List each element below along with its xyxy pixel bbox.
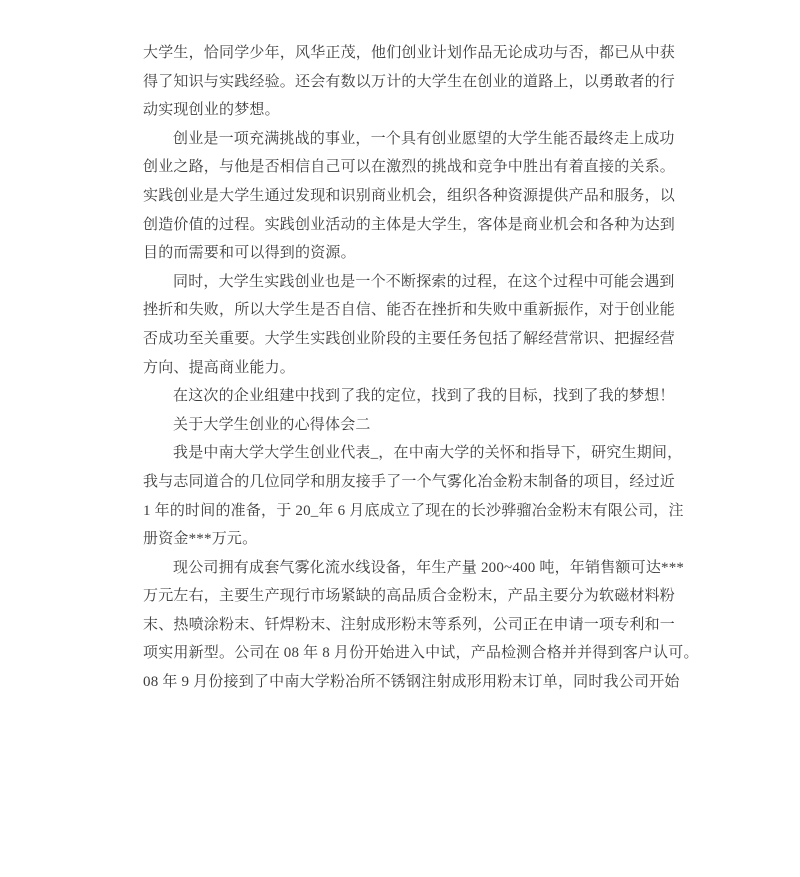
text-line: 1 年的时间的准备，于 20_年 6 月底成立了现在的长沙骅骝冶金粉末有限公司，…: [143, 497, 683, 526]
paragraph: 现公司拥有成套气雾化流水线设备，年生产量 200~400 吨，年销售额可达***…: [143, 554, 683, 697]
text-line: 现公司拥有成套气雾化流水线设备，年生产量 200~400 吨，年销售额可达***: [143, 554, 683, 583]
paragraph: 创业是一项充满挑战的事业，一个具有创业愿望的大学生能否最终走上成功 创业之路，与…: [143, 125, 683, 268]
text-line: 创业之路，与他是否相信自己可以在激烈的挑战和竞争中胜出有着直接的关系。: [143, 153, 683, 182]
text-line: 项实用新型。公司在 08 年 8 月份开始进入中试，产品检测合格并并得到客户认可…: [143, 639, 683, 668]
text-line: 动实现创业的梦想。: [143, 96, 683, 125]
text-line: 实践创业是大学生通过发现和识别商业机会，组织各种资源提供产品和服务，以: [143, 182, 683, 211]
text-line: 创业是一项充满挑战的事业，一个具有创业愿望的大学生能否最终走上成功: [143, 125, 683, 154]
text-line: 万元左右，主要生产现行市场紧缺的高品质合金粉末，产品主要分为软磁材料粉: [143, 582, 683, 611]
text-line: 在这次的企业组建中找到了我的定位，找到了我的目标，找到了我的梦想！: [143, 382, 683, 411]
text-line: 末、热喷涂粉末、钎焊粉末、注射成形粉末等系列，公司正在申请一项专利和一: [143, 611, 683, 640]
text-line: 方向、提高商业能力。: [143, 354, 683, 383]
document-text-block: 大学生，恰同学少年，风华正茂，他们创业计划作品无论成功与否，都已从中获 得了知识…: [143, 39, 683, 697]
text-line: 关于大学生创业的心得体会二: [143, 411, 683, 440]
paragraph: 大学生，恰同学少年，风华正茂，他们创业计划作品无论成功与否，都已从中获 得了知识…: [143, 39, 683, 125]
paragraph: 同时，大学生实践创业也是一个不断探索的过程，在这个过程中可能会遇到 挫折和失败，…: [143, 268, 683, 382]
text-line: 我是中南大学大学生创业代表_，在中南大学的关怀和指导下，研究生期间，: [143, 439, 683, 468]
text-line: 大学生，恰同学少年，风华正茂，他们创业计划作品无论成功与否，都已从中获: [143, 39, 683, 68]
document-page: 大学生，恰同学少年，风华正茂，他们创业计划作品无论成功与否，都已从中获 得了知识…: [0, 0, 800, 877]
text-line: 创造价值的过程。实践创业活动的主体是大学生，客体是商业机会和各种为达到: [143, 211, 683, 240]
paragraph: 我是中南大学大学生创业代表_，在中南大学的关怀和指导下，研究生期间， 我与志同道…: [143, 439, 683, 553]
paragraph-section-heading: 关于大学生创业的心得体会二: [143, 411, 683, 440]
text-line: 得了知识与实践经验。还会有数以万计的大学生在创业的道路上，以勇敢者的行: [143, 68, 683, 97]
text-line: 否成功至关重要。大学生实践创业阶段的主要任务包括了解经营常识、把握经营: [143, 325, 683, 354]
text-line: 同时，大学生实践创业也是一个不断探索的过程，在这个过程中可能会遇到: [143, 268, 683, 297]
text-line: 册资金***万元。: [143, 525, 683, 554]
paragraph: 在这次的企业组建中找到了我的定位，找到了我的目标，找到了我的梦想！: [143, 382, 683, 411]
text-line: 我与志同道合的几位同学和朋友接手了一个气雾化冶金粉末制备的项目，经过近: [143, 468, 683, 497]
text-line: 目的而需要和可以得到的资源。: [143, 239, 683, 268]
text-line: 挫折和失败，所以大学生是否自信、能否在挫折和失败中重新振作，对于创业能: [143, 296, 683, 325]
text-line: 08 年 9 月份接到了中南大学粉冶所不锈钢注射成形用粉末订单，同时我公司开始: [143, 668, 683, 697]
